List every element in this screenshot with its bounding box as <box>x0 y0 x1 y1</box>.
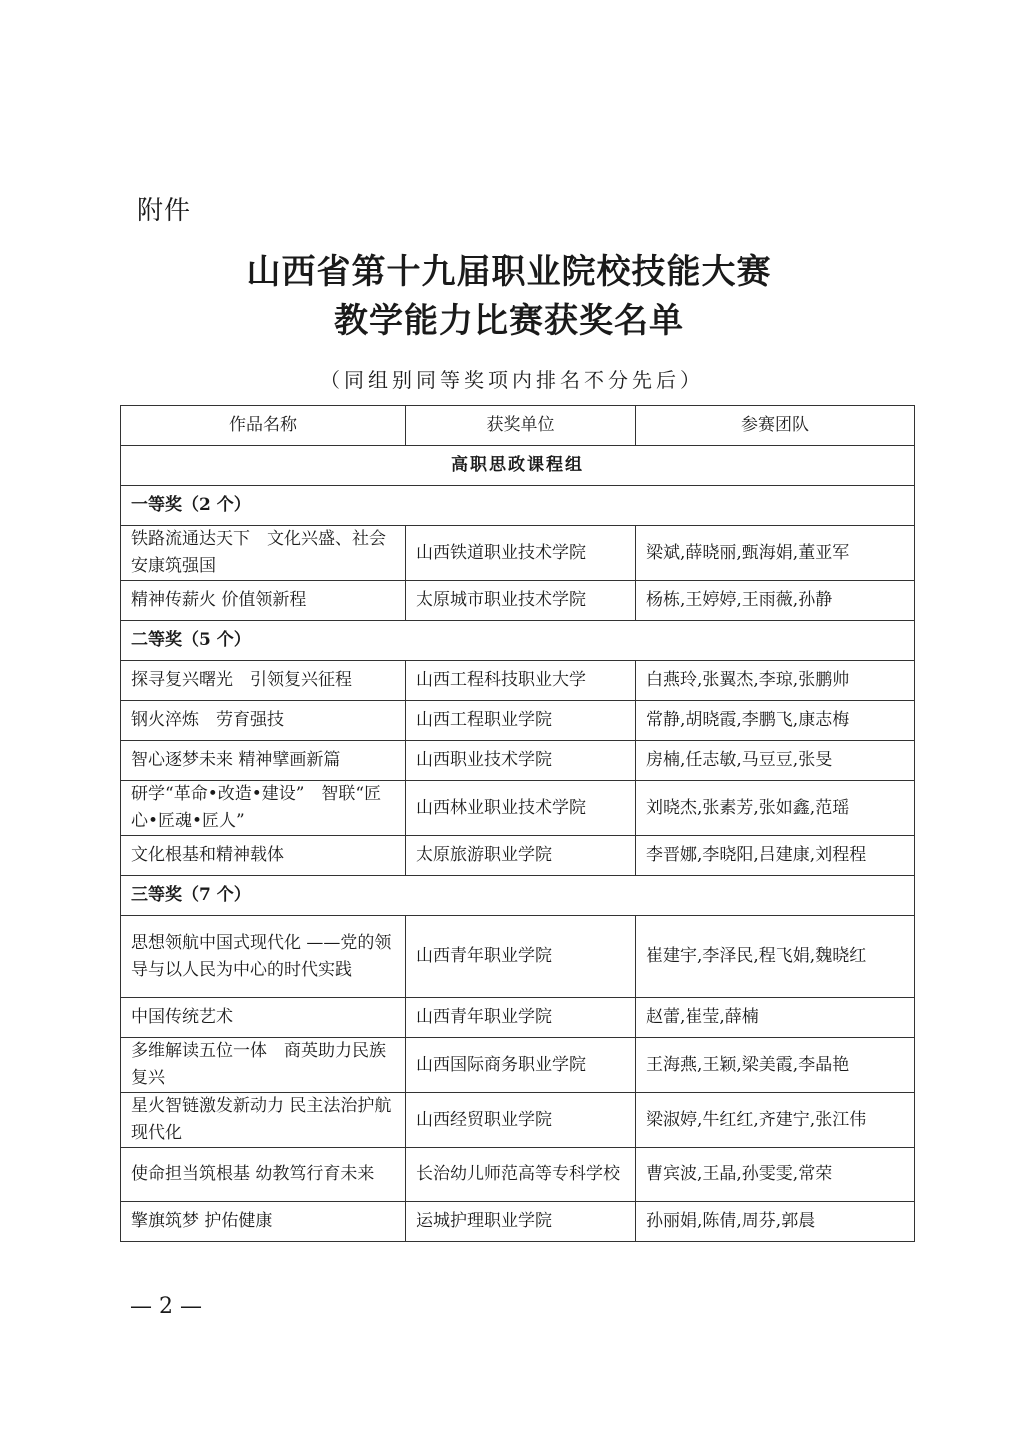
document-title-line2: 教学能力比赛获奖名单 <box>0 293 1021 342</box>
work-cell: 多维解读五位一体 商英助力民族复兴 <box>121 1038 406 1093</box>
table-row: 思想领航中国式现代化 ——党的领导与以人民为中心的时代实践 山西青年职业学院 崔… <box>121 916 915 998</box>
prize-label: 三等奖（7 个） <box>121 876 915 916</box>
table-row: 中国传统艺术 山西青年职业学院 赵蕾,崔莹,薛楠 <box>121 998 915 1038</box>
team-cell: 王海燕,王颖,梁美霞,李晶艳 <box>636 1038 915 1093</box>
team-cell: 白燕玲,张翼杰,李琼,张鹏帅 <box>636 661 915 701</box>
prize-row-first: 一等奖（2 个） <box>121 486 915 526</box>
unit-cell: 山西工程科技职业大学 <box>406 661 636 701</box>
unit-cell: 山西工程职业学院 <box>406 701 636 741</box>
table-row: 探寻复兴曙光 引领复兴征程 山西工程科技职业大学 白燕玲,张翼杰,李琼,张鹏帅 <box>121 661 915 701</box>
work-cell: 研学“革命•改造•建设” 智联“匠心•匠魂•匠人” <box>121 781 406 836</box>
prize-label: 一等奖（2 个） <box>121 486 915 526</box>
header-work: 作品名称 <box>121 406 406 446</box>
work-cell: 文化根基和精神载体 <box>121 836 406 876</box>
work-cell: 中国传统艺术 <box>121 998 406 1038</box>
work-cell: 钢火淬炼 劳育强技 <box>121 701 406 741</box>
document-title-line1: 山西省第十九届职业院校技能大赛 <box>0 244 1021 293</box>
table-row: 擎旗筑梦 护佑健康 运城护理职业学院 孙丽娟,陈倩,周芬,郭晨 <box>121 1202 915 1242</box>
unit-cell: 山西国际商务职业学院 <box>406 1038 636 1093</box>
table-row: 多维解读五位一体 商英助力民族复兴 山西国际商务职业学院 王海燕,王颖,梁美霞,… <box>121 1038 915 1093</box>
prize-row-third: 三等奖（7 个） <box>121 876 915 916</box>
work-cell: 智心逐梦未来 精神擘画新篇 <box>121 741 406 781</box>
unit-cell: 山西青年职业学院 <box>406 998 636 1038</box>
ranking-note: （同组别同等奖项内排名不分先后） <box>0 364 1024 393</box>
work-cell: 擎旗筑梦 护佑健康 <box>121 1202 406 1242</box>
unit-cell: 太原旅游职业学院 <box>406 836 636 876</box>
team-cell: 赵蕾,崔莹,薛楠 <box>636 998 915 1038</box>
unit-cell: 山西青年职业学院 <box>406 916 636 998</box>
prize-label: 二等奖（5 个） <box>121 621 915 661</box>
team-cell: 杨栋,王婷婷,王雨薇,孙静 <box>636 581 915 621</box>
table-row: 铁路流通达天下 文化兴盛、社会安康筑强国 山西铁道职业技术学院 梁斌,薛晓丽,甄… <box>121 526 915 581</box>
team-cell: 房楠,任志敏,马豆豆,张旻 <box>636 741 915 781</box>
header-team: 参赛团队 <box>636 406 915 446</box>
work-cell: 铁路流通达天下 文化兴盛、社会安康筑强国 <box>121 526 406 581</box>
unit-cell: 山西经贸职业学院 <box>406 1093 636 1148</box>
work-cell: 探寻复兴曙光 引领复兴征程 <box>121 661 406 701</box>
work-cell: 星火智链激发新动力 民主法治护航现代化 <box>121 1093 406 1148</box>
team-cell: 孙丽娟,陈倩,周芬,郭晨 <box>636 1202 915 1242</box>
unit-cell: 运城护理职业学院 <box>406 1202 636 1242</box>
team-cell: 曹宾波,王晶,孙雯雯,常荣 <box>636 1148 915 1202</box>
team-cell: 梁淑婷,牛红红,齐建宁,张江伟 <box>636 1093 915 1148</box>
team-cell: 崔建宇,李泽民,程飞娟,魏晓红 <box>636 916 915 998</box>
header-unit: 获奖单位 <box>406 406 636 446</box>
unit-cell: 山西林业职业技术学院 <box>406 781 636 836</box>
team-cell: 常静,胡晓霞,李鹏飞,康志梅 <box>636 701 915 741</box>
table-row: 精神传薪火 价值领新程 太原城市职业技术学院 杨栋,王婷婷,王雨薇,孙静 <box>121 581 915 621</box>
table-row: 文化根基和精神载体 太原旅游职业学院 李晋娜,李晓阳,吕建康,刘程程 <box>121 836 915 876</box>
table-row: 研学“革命•改造•建设” 智联“匠心•匠魂•匠人” 山西林业职业技术学院 刘晓杰… <box>121 781 915 836</box>
table-row: 智心逐梦未来 精神擘画新篇 山西职业技术学院 房楠,任志敏,马豆豆,张旻 <box>121 741 915 781</box>
table-header-row: 作品名称 获奖单位 参赛团队 <box>121 406 915 446</box>
unit-cell: 山西职业技术学院 <box>406 741 636 781</box>
team-cell: 李晋娜,李晓阳,吕建康,刘程程 <box>636 836 915 876</box>
unit-cell: 太原城市职业技术学院 <box>406 581 636 621</box>
prize-row-second: 二等奖（5 个） <box>121 621 915 661</box>
team-cell: 刘晓杰,张素芳,张如鑫,范瑶 <box>636 781 915 836</box>
group-title: 高职思政课程组 <box>121 446 915 486</box>
team-cell: 梁斌,薛晓丽,甄海娟,董亚军 <box>636 526 915 581</box>
table-row: 星火智链激发新动力 民主法治护航现代化 山西经贸职业学院 梁淑婷,牛红红,齐建宁… <box>121 1093 915 1148</box>
page-number: — 2 — <box>130 1294 202 1319</box>
awards-table: 作品名称 获奖单位 参赛团队 高职思政课程组 一等奖（2 个） 铁路流通达天下 … <box>120 405 915 1242</box>
attachment-label: 附件 <box>137 190 191 227</box>
table-row: 使命担当筑根基 幼教笃行育未来 长治幼儿师范高等专科学校 曹宾波,王晶,孙雯雯,… <box>121 1148 915 1202</box>
work-cell: 思想领航中国式现代化 ——党的领导与以人民为中心的时代实践 <box>121 916 406 998</box>
work-cell: 使命担当筑根基 幼教笃行育未来 <box>121 1148 406 1202</box>
unit-cell: 长治幼儿师范高等专科学校 <box>406 1148 636 1202</box>
table-row: 钢火淬炼 劳育强技 山西工程职业学院 常静,胡晓霞,李鹏飞,康志梅 <box>121 701 915 741</box>
group-row: 高职思政课程组 <box>121 446 915 486</box>
work-cell: 精神传薪火 价值领新程 <box>121 581 406 621</box>
unit-cell: 山西铁道职业技术学院 <box>406 526 636 581</box>
